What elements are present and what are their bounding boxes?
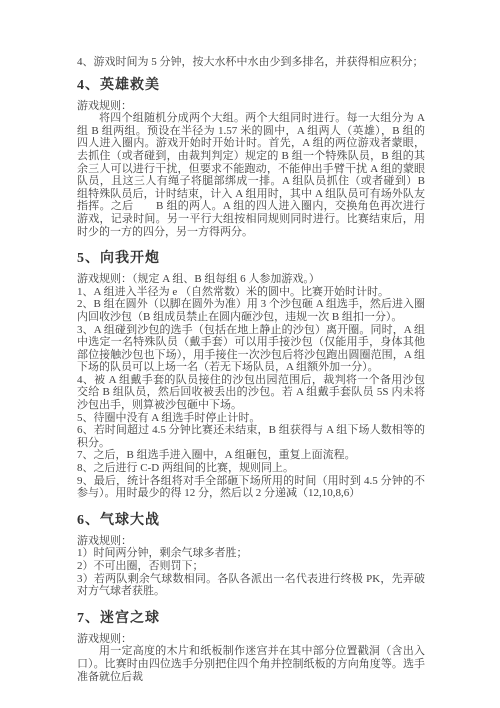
rule-item: 2）不可出圈，否则罚下；	[77, 560, 425, 573]
section-4-rules-label: 游戏规则：	[77, 100, 425, 113]
section-6-heading: 6、气球大战	[77, 512, 425, 529]
rule-item: 4、被 A 组戴手套的队员接住的沙包出园范围后，裁判将一个备用沙包交给 B 组队…	[77, 374, 425, 412]
section-7-rules-paragraph: 用一定高度的木片和纸板制作迷宫并在其中部分位置戳洞（含出入口）。比赛时由四位选手…	[77, 645, 425, 683]
document-page: 4、游戏时间为 5 分钟，按大水杯中水由少到多排名，并获得相应积分； 4、英雄救…	[0, 0, 500, 708]
rule-item: 5、待圈中没有 A 组选手时停止计时。	[77, 412, 425, 425]
rule-item: 2、B 组在圆外（以脚在圆外为准）用 3 个沙包砸 A 组选手，然后进入圈内回收…	[77, 298, 425, 323]
rule-item: 6、若时间超过 4.5 分钟比赛还未结束，B 组获得与 A 组下场人数相等的积分…	[77, 424, 425, 449]
section-7-rules-label: 游戏规则：	[77, 633, 425, 646]
section-4-rules-paragraph: 将四个组随机分成两个大组。两个大组同时进行。每一大组分为 A 组 B 组两组。预…	[77, 112, 425, 238]
section-6-rules-label: 游戏规则：	[77, 535, 425, 548]
rule-item: 8、之后进行 C-D 两组间的比赛，规则同上。	[77, 462, 425, 475]
rule-item: 9、最后，统计各组将对手全部砸下场所用的时间（用时到 4.5 分钟的不参与）。用…	[77, 475, 425, 500]
rule-item: 3、A 组碰到沙包的选手（包括在地上静止的沙包）离开圈。同时，A 组中选定一名特…	[77, 324, 425, 374]
section-5-rules-label: 游戏规则：（规定 A 组、B 组每组 6 人参加游戏。）	[77, 273, 425, 286]
rule-item: 1）时间两分钟，剩余气球多者胜；	[77, 547, 425, 560]
section-5-heading: 5、向我开炮	[77, 250, 425, 267]
section-4-heading: 4、英雄救美	[77, 77, 425, 94]
rule-item: 1、A 组进入半径为 e （自然常数）米的圆中。比赛开始时计时。	[77, 286, 425, 299]
section-7-heading: 7、迷宫之球	[77, 610, 425, 627]
rule-item: 7、之后，B 组选手进入圈中，A 组砸包，重复上面流程。	[77, 449, 425, 462]
rule-item: 3）若两队剩余气球数相同。各队各派出一名代表进行终极 PK，先弄破对方气球者获胜…	[77, 573, 425, 598]
leading-list-item: 4、游戏时间为 5 分钟，按大水杯中水由少到多排名，并获得相应积分；	[77, 56, 425, 69]
